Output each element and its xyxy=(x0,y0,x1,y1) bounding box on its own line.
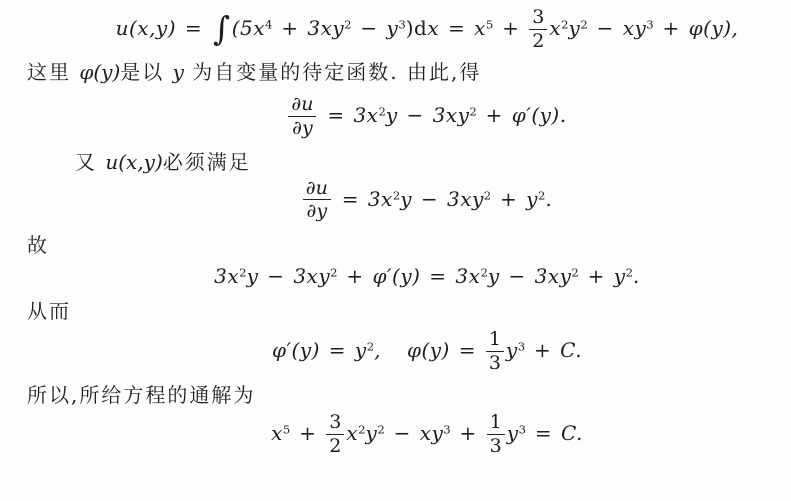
fraction-denominator: 3 xyxy=(486,352,504,374)
fraction-denominator: ∂y xyxy=(303,200,331,222)
paragraph-hence: 故 xyxy=(27,232,767,258)
math-run: u(x,y) = xyxy=(116,16,211,40)
math-run: y xyxy=(173,60,184,84)
math-run: y − 3xy xyxy=(400,186,484,210)
superscript: 2 xyxy=(480,266,487,280)
fraction: 13 xyxy=(487,412,505,457)
fraction: ∂u∂y xyxy=(303,178,331,223)
math-run: x xyxy=(271,421,283,445)
fraction-numerator: ∂u xyxy=(288,94,316,117)
math-run: u(x,y) xyxy=(105,150,162,174)
superscript: 3 xyxy=(519,423,526,437)
equation-u-integral: u(x,y) = ∫(5x4 + 3xy2 − y3)dx = x5 + 32x… xyxy=(27,7,767,52)
math-run: . xyxy=(545,186,552,210)
superscript: 2 xyxy=(469,104,476,118)
math-run: + 3xy xyxy=(272,16,344,40)
fraction-numerator: 1 xyxy=(487,412,505,435)
fraction-numerator: ∂u xyxy=(303,178,331,201)
superscript: 2 xyxy=(561,18,568,32)
math-run: + xyxy=(451,421,486,445)
math-run: x = x xyxy=(427,16,486,40)
equation-general-solution: x5 + 32x2y2 − xy3 + 13y3 = C. xyxy=(27,412,767,457)
math-run: + xyxy=(290,421,325,445)
integral-sign: ∫ xyxy=(213,9,231,48)
superscript: 2 xyxy=(580,18,587,32)
math-run: + xyxy=(493,16,528,40)
text-run: 所以,所给方程的通解为 xyxy=(27,383,255,407)
paragraph-u-must-satisfy: 又 u(x,y)必须满足 xyxy=(27,149,767,175)
text-run: 为自变量的待定函数. 由此,得 xyxy=(184,60,481,84)
superscript: 2 xyxy=(239,266,246,280)
math-run: = 3x xyxy=(318,103,378,127)
equation-phi-solved: φ′(y) = y2,φ(y) = 13y3 + C. xyxy=(27,329,767,374)
math-run: y − 3xy xyxy=(386,103,470,127)
math-run: y xyxy=(366,421,378,445)
text-run: 必须满足 xyxy=(163,150,251,174)
math-run: − xy xyxy=(385,421,444,445)
math-run: . xyxy=(633,264,640,288)
math-run: = C. xyxy=(526,421,583,445)
superscript: 2 xyxy=(377,423,384,437)
paragraph-general-solution-intro: 所以,所给方程的通解为 xyxy=(27,382,767,408)
fraction-denominator: ∂y xyxy=(288,117,316,139)
fraction-denominator: 2 xyxy=(529,30,547,52)
math-run: φ′(y) = y xyxy=(272,338,367,362)
math-run: + φ′(y) = 3x xyxy=(338,264,481,288)
math-run: − y xyxy=(352,16,399,40)
text-run: 这里 xyxy=(27,60,79,84)
math-run: x xyxy=(549,16,561,40)
paragraph-phi-definition: 这里 φ(y)是以 y 为自变量的待定函数. 由此,得 xyxy=(27,59,767,85)
math-run: y − 3xy xyxy=(488,264,572,288)
superscript: 2 xyxy=(330,266,337,280)
fraction-numerator: 3 xyxy=(326,412,344,435)
math-run: = 3x xyxy=(333,186,393,210)
math-run: y xyxy=(506,338,518,362)
math-run: x xyxy=(346,421,358,445)
math-run: y xyxy=(569,16,581,40)
fraction: ∂u∂y xyxy=(288,94,316,139)
fraction: 32 xyxy=(529,7,547,52)
fraction-numerator: 3 xyxy=(529,7,547,30)
math-run: 3x xyxy=(214,264,239,288)
math-run-roman: )d xyxy=(406,16,428,40)
superscript: 2 xyxy=(626,266,633,280)
fraction-denominator: 3 xyxy=(487,435,505,457)
math-run: φ(y) = xyxy=(407,338,485,362)
fraction-numerator: 1 xyxy=(486,329,504,352)
equation-partial-with-phi: ∂u∂y = 3x2y − 3xy2 + φ′(y). xyxy=(27,94,767,139)
math-run: (5x xyxy=(232,16,265,40)
math-run: φ(y) xyxy=(79,60,120,84)
paragraph-thus: 从而 xyxy=(27,298,767,324)
fraction: 32 xyxy=(326,412,344,457)
superscript: 2 xyxy=(571,266,578,280)
math-run: y − 3xy xyxy=(247,264,331,288)
superscript: 3 xyxy=(443,423,450,437)
math-run: − xy xyxy=(588,16,647,40)
fraction-denominator: 2 xyxy=(326,435,344,457)
math-run: + y xyxy=(579,264,626,288)
superscript: 2 xyxy=(358,423,365,437)
math-run: + φ(y), xyxy=(654,16,739,40)
math-run: , xyxy=(374,338,381,362)
math-run: + φ′(y). xyxy=(477,103,567,127)
fraction: 13 xyxy=(486,329,504,374)
scanned-math-page: u(x,y) = ∫(5x4 + 3xy2 − y3)dx = x5 + 32x… xyxy=(0,0,791,501)
math-run: y xyxy=(507,421,519,445)
text-run: 故 xyxy=(27,233,49,257)
equation-partial-given: ∂u∂y = 3x2y − 3xy2 + y2. xyxy=(27,178,767,223)
text-run: 从而 xyxy=(27,299,71,323)
superscript: 2 xyxy=(378,104,385,118)
equation-compare: 3x2y − 3xy2 + φ′(y) = 3x2y − 3xy2 + y2. xyxy=(27,264,767,288)
math-run: + y xyxy=(491,186,538,210)
math-run: + C. xyxy=(525,338,582,362)
superscript: 2 xyxy=(367,340,374,354)
superscript: 2 xyxy=(344,18,351,32)
superscript: 3 xyxy=(646,18,653,32)
text-run: 又 xyxy=(75,150,105,174)
superscript: 3 xyxy=(398,18,405,32)
text-run: 是以 xyxy=(120,60,172,84)
